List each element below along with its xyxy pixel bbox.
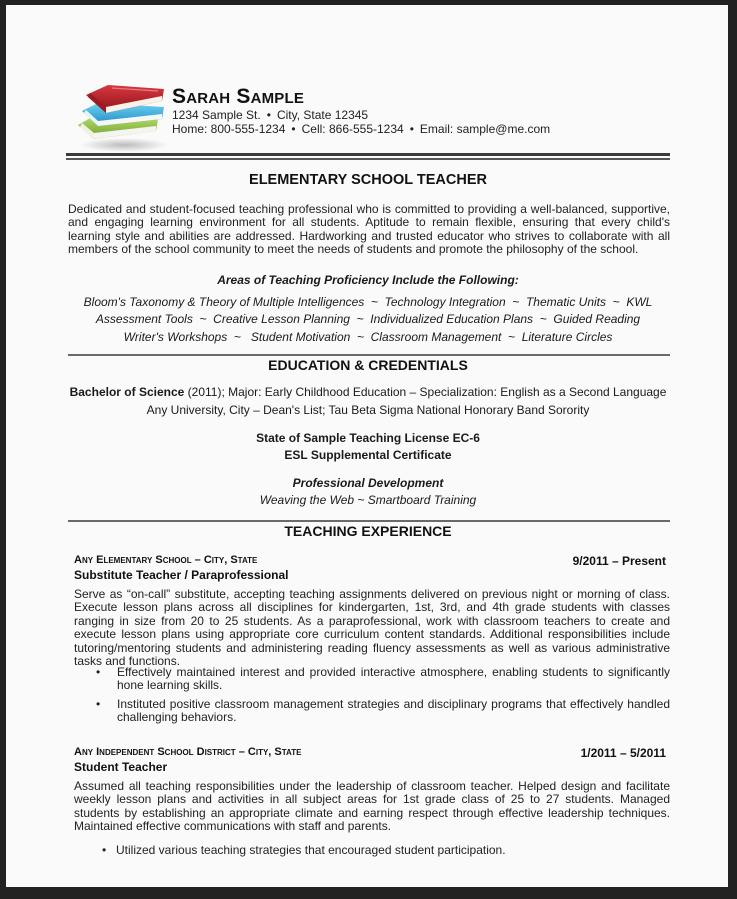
divider-thin	[66, 158, 670, 160]
certification: State of Sample Teaching License EC-6	[66, 431, 670, 445]
job-description: Assumed all teaching responsibilities un…	[74, 780, 670, 834]
separator-dot: •	[267, 108, 271, 122]
job-dates: 9/2011 – Present	[573, 554, 666, 568]
professional-development-line: Weaving the Web ~ Smartboard Training	[66, 493, 670, 507]
separator-dot: •	[291, 122, 295, 136]
degree-line: Bachelor of Science (2011); Major: Early…	[66, 385, 670, 399]
resume-page: Sarah Sample 1234 Sample St.•City, State…	[6, 5, 728, 887]
street-address: 1234 Sample St.	[172, 108, 261, 122]
profile-summary: Dedicated and student-focused teaching p…	[68, 203, 670, 257]
degree-details: (2011); Major: Early Childhood Education…	[184, 385, 666, 399]
address-line: 1234 Sample St.•City, State 12345	[172, 108, 368, 122]
proficiency-line: Assessment Tools ~ Creative Lesson Plann…	[66, 312, 670, 326]
school-line: Any University, City – Dean's List; Tau …	[66, 403, 670, 417]
professional-development-heading: Professional Development	[66, 476, 670, 490]
proficiency-line: Bloom's Taxonomy & Theory of Multiple In…	[66, 295, 670, 309]
job-dates: 1/2011 – 5/2011	[581, 746, 666, 760]
job-title: Substitute Teacher / Paraprofessional	[74, 568, 289, 582]
job-title: Student Teacher	[74, 760, 167, 774]
section-divider	[68, 520, 670, 522]
phone-email-line: Home: 800-555-1234•Cell: 866-555-1234•Em…	[172, 122, 550, 136]
header-divider	[66, 153, 670, 160]
divider-thick	[66, 153, 670, 156]
home-phone: Home: 800-555-1234	[172, 122, 285, 136]
education-heading: EDUCATION & CREDENTIALS	[66, 357, 670, 373]
experience-heading: TEACHING EXPERIENCE	[66, 523, 670, 539]
job-achievements: Effectively maintained interest and prov…	[96, 666, 670, 730]
achievement-item: Utilized various teaching strategies tha…	[102, 844, 676, 857]
job-description: Serve as “on-call” substitute, accepting…	[74, 588, 670, 668]
job-objective-title: ELEMENTARY SCHOOL TEACHER	[66, 172, 670, 188]
job-employer: Any Independent School District – City, …	[74, 746, 301, 758]
proficiency-heading: Areas of Teaching Proficiency Include th…	[66, 273, 670, 287]
city-state-zip: City, State 12345	[277, 108, 368, 122]
achievement-item: Effectively maintained interest and prov…	[96, 666, 670, 693]
certification: ESL Supplemental Certificate	[66, 448, 670, 462]
resume-frame: Sarah Sample 1234 Sample St.•City, State…	[6, 5, 728, 887]
achievement-item: Instituted positive classroom management…	[96, 698, 670, 725]
cell-phone: Cell: 866-555-1234	[302, 122, 404, 136]
separator-dot: •	[410, 122, 414, 136]
section-divider	[68, 354, 670, 356]
job-employer: Any Elementary School – City, State	[74, 554, 257, 566]
degree-name: Bachelor of Science	[70, 385, 185, 399]
email[interactable]: Email: sample@me.com	[420, 122, 550, 136]
job-achievements: Utilized various teaching strategies tha…	[102, 844, 676, 862]
proficiency-line: Writer's Workshops ~ Student Motivation …	[66, 330, 670, 344]
stacked-books-icon	[72, 81, 172, 153]
candidate-name: Sarah Sample	[172, 85, 304, 109]
